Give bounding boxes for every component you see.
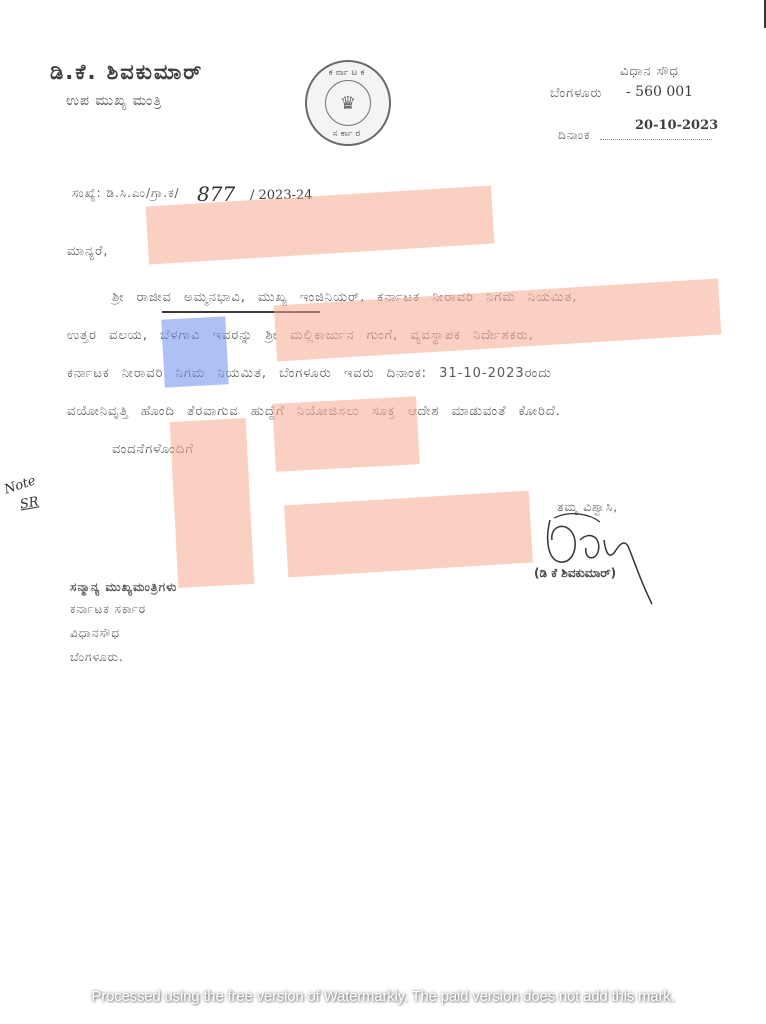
address-line-2: ಬೆಂಗಳೂರು bbox=[550, 86, 603, 101]
date-dotted-line bbox=[600, 131, 712, 140]
redaction-overlay bbox=[272, 396, 419, 471]
salutation: ಮಾನ್ಯರೆ, bbox=[67, 244, 109, 259]
margin-initials: SR bbox=[19, 494, 40, 512]
pincode: - 560 001 bbox=[626, 84, 693, 100]
redaction-overlay-blue bbox=[161, 316, 228, 387]
government-seal: ಕರ್ನಾಟಕ ♛ ಸರ್ಕಾರ bbox=[305, 60, 391, 146]
margin-note: Note bbox=[2, 473, 37, 497]
redaction-overlay bbox=[170, 418, 255, 588]
addressee-title: ಸನ್ಮಾನ್ಯ ಮುಖ್ಯಮಂತ್ರಿಗಳು bbox=[70, 580, 177, 595]
seal-bottom-text: ಸರ್ಕಾರ bbox=[307, 129, 389, 139]
addressee-line: ಬೆಂಗಳೂರು. bbox=[70, 650, 124, 665]
sender-name: ಡಿ.ಕೆ. ಶಿವಕುಮಾರ್ bbox=[50, 60, 203, 85]
signature-icon bbox=[540, 500, 670, 610]
signatory-name: (ಡಿ ಕೆ ಶಿವಕುಮಾರ್) bbox=[534, 566, 616, 581]
watermark-text: Processed using the free version of Wate… bbox=[0, 988, 766, 1005]
address-line-1: ವಿಧಾನ ಸೌಧ bbox=[620, 64, 679, 79]
date-label: ದಿನಾಂಕ bbox=[558, 128, 590, 143]
body-line: ಕರ್ನಾಟಕ ನೀರಾವರಿ ನಿಗಮ ನಿಯಮಿತ, ಬೆಂಗಳೂರು ಇವ… bbox=[67, 366, 552, 381]
state-emblem-icon: ♛ bbox=[325, 80, 371, 126]
sender-designation: ಉಪ ಮುಖ್ಯ ಮಂತ್ರಿ bbox=[66, 93, 162, 109]
redaction-overlay bbox=[284, 491, 533, 578]
addressee-line: ಕರ್ನಾಟಕ ಸರ್ಕಾರ bbox=[70, 602, 146, 617]
seal-top-text: ಕರ್ನಾಟಕ bbox=[307, 68, 389, 78]
reference-label: ಸಂಖ್ಯೆ: ಡಿ.ಸಿ.ಎಂ/ಗ್ರಾ.ಕ/ bbox=[72, 186, 180, 201]
addressee-line: ವಿಧಾನಸೌಧ bbox=[70, 626, 120, 641]
